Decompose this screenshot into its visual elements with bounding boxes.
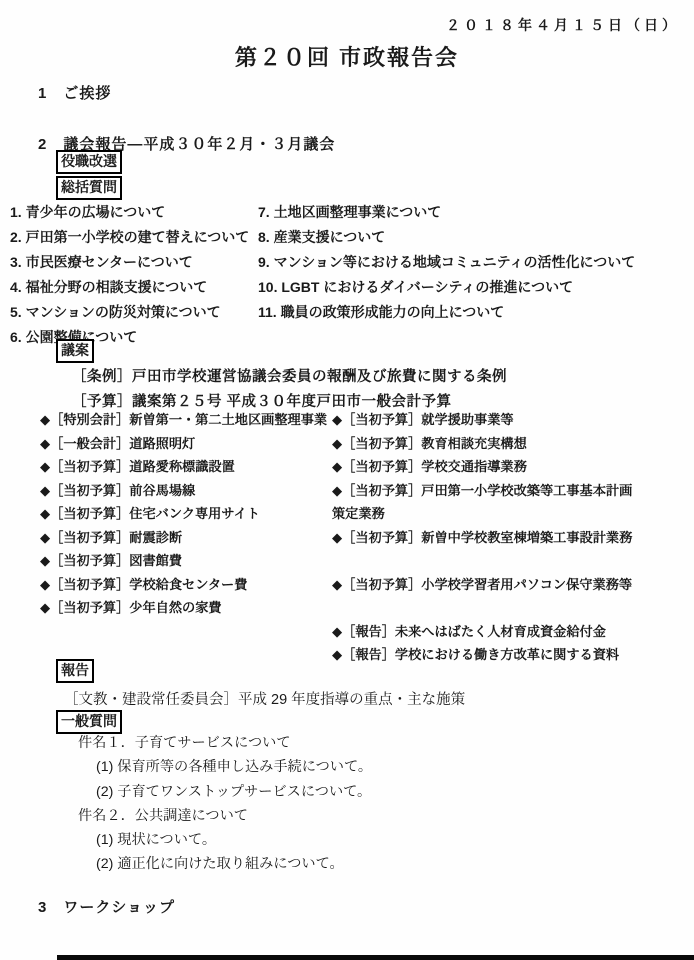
bill-item: ◆［一般会計］道路照明灯 (40, 432, 327, 456)
page-title: 第２０回 市政報告会 (0, 41, 694, 72)
general-question-subject: 件名２．公共調達について (78, 804, 372, 828)
section-greeting: 1ご挨拶 (38, 82, 111, 103)
general-question-subject: 件名１．子育てサービスについて (78, 731, 372, 755)
summary-questions-heading: 総括質問 (56, 176, 122, 200)
document-date: ２０１８年４月１５日（日） (446, 15, 680, 35)
general-question-item: (2) 適正化に向けた取り組みについて。 (78, 852, 372, 876)
summary-questions-left-column: 1. 青少年の広場について 2. 戸田第一小学校の建て替えについて 3. 市民医… (10, 200, 249, 350)
bill-item: ◆［当初予算］新曽中学校教室棟増築工事設計業務 (332, 526, 692, 550)
bill-item-continuation: 策定業務 (332, 502, 692, 526)
bottom-scan-bar (57, 955, 694, 960)
bill-item: ◆［報告］未来へはばたく人材育成資金給付金 (332, 620, 692, 644)
bills-heading: 議案 (56, 339, 94, 363)
summary-question-item: 10. LGBT におけるダイバーシティの推進について (258, 275, 635, 300)
bill-ordinance-line: ［条例］戸田市学校運営協議会委員の報酬及び旅費に関する条例 (72, 365, 507, 386)
section-workshop-label: ワークショップ (63, 899, 175, 916)
bill-item: ◆［報告］学校における働き方改革に関する資料 (332, 643, 692, 667)
bills-left-column: ◆［特別会計］新曽第一・第二土地区画整理事業 ◆［一般会計］道路照明灯 ◆［当初… (40, 408, 327, 620)
general-question-item: (2) 子育てワンストップサービスについて。 (78, 780, 372, 804)
summary-question-item: 8. 産業支援について (258, 225, 635, 250)
summary-question-item: 4. 福祉分野の相談支援について (10, 275, 249, 300)
section-workshop-number: 3 (38, 899, 47, 916)
bill-item: ◆［当初予算］耐震診断 (40, 526, 327, 550)
bill-item: ◆［当初予算］教育相談充実構想 (332, 432, 692, 456)
summary-question-item: 7. 土地区画整理事業について (258, 200, 635, 225)
bill-item: ◆［当初予算］道路愛称標識設置 (40, 455, 327, 479)
summary-question-item: 3. 市民医療センターについて (10, 250, 249, 275)
bill-item: ◆［当初予算］戸田第一小学校改築等工事基本計画 (332, 479, 692, 503)
general-question-item: (1) 現状について。 (78, 828, 372, 852)
agenda-page: ２０１８年４月１５日（日） 第２０回 市政報告会 1ご挨拶 2議会報告―平成３０… (0, 0, 694, 960)
bill-item-blank (332, 596, 692, 620)
committee-report-line: ［文教・建設常任委員会］平成 29 年度指導の重点・主な施策 (64, 688, 465, 709)
summary-question-item: 1. 青少年の広場について (10, 200, 249, 225)
bill-item: ◆［当初予算］学校交通指導業務 (332, 455, 692, 479)
bills-right-column: ◆［当初予算］就学援助事業等 ◆［当初予算］教育相談充実構想 ◆［当初予算］学校… (332, 408, 692, 667)
section-workshop: 3ワークショップ (38, 896, 175, 917)
summary-question-item: 5. マンションの防災対策について (10, 300, 249, 325)
summary-questions-right-column: 7. 土地区画整理事業について 8. 産業支援について 9. マンション等におけ… (258, 200, 635, 325)
bill-item: ◆［当初予算］住宅バンク専用サイト (40, 502, 327, 526)
general-questions-heading: 一般質問 (56, 710, 122, 734)
summary-question-item: 9. マンション等における地域コミュニティの活性化について (258, 250, 635, 275)
summary-question-item: 2. 戸田第一小学校の建て替えについて (10, 225, 249, 250)
report-heading: 報告 (56, 659, 94, 683)
bill-item: ◆［当初予算］学校給食センター費 (40, 573, 327, 597)
bill-item: ◆［当初予算］前谷馬場線 (40, 479, 327, 503)
bill-item: ◆［当初予算］就学援助事業等 (332, 408, 692, 432)
general-questions-list: 件名１．子育てサービスについて (1) 保育所等の各種申し込み手続について。 (… (78, 731, 372, 877)
bill-item: ◆［当初予算］少年自然の家費 (40, 596, 327, 620)
section-greeting-number: 1 (38, 85, 47, 102)
general-question-item: (1) 保育所等の各種申し込み手続について。 (78, 755, 372, 779)
officer-reelection-heading: 役職改選 (56, 150, 122, 174)
bill-item: ◆［当初予算］小学校学習者用パソコン保守業務等 (332, 573, 692, 597)
section-council-number: 2 (38, 136, 47, 153)
section-greeting-label: ご挨拶 (63, 85, 111, 102)
summary-question-item: 6. 公園整備について (10, 325, 249, 350)
bill-item: ◆［当初予算］図書館費 (40, 549, 327, 573)
bill-item-blank (332, 549, 692, 573)
bill-item: ◆［特別会計］新曽第一・第二土地区画整理事業 (40, 408, 327, 432)
summary-question-item: 11. 職員の政策形成能力の向上について (258, 300, 635, 325)
